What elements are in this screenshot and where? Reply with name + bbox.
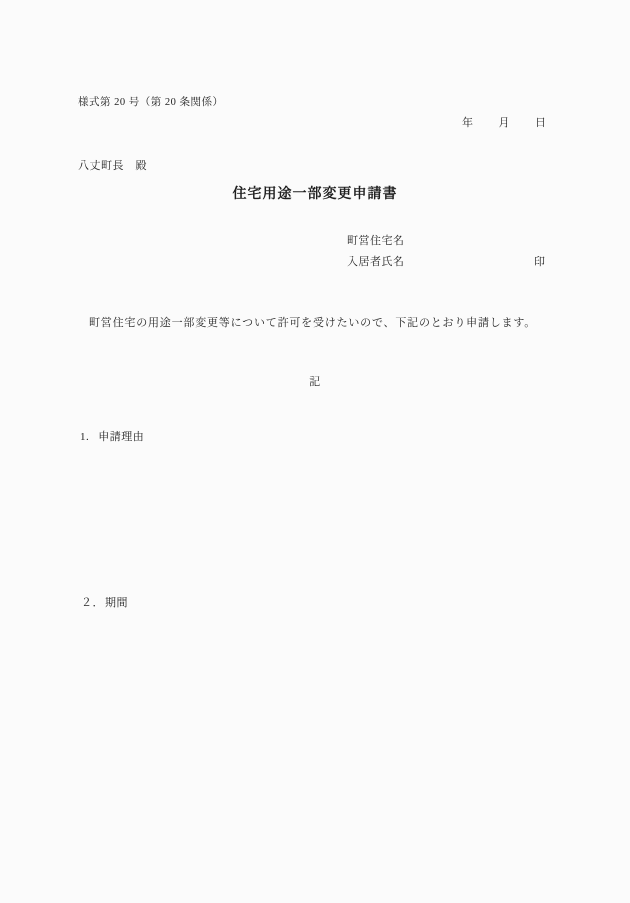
item-period: ２． 期間 (81, 596, 128, 610)
item-label: 申請理由 (98, 430, 144, 444)
date-year-label: 年 (462, 116, 474, 130)
resident-name-label: 入居者氏名 (347, 255, 405, 269)
item-number: ２． (81, 596, 104, 610)
application-form-page: 様式第 20 号（第 20 条関係） 年 月 日 八丈町長 殿 住宅用途一部変更… (0, 0, 630, 903)
item-number: 1. (80, 430, 89, 444)
record-marker: 記 (0, 375, 630, 389)
document-title: 住宅用途一部変更申請書 (0, 186, 630, 203)
date-line: 年 月 日 (462, 116, 547, 130)
housing-name-label: 町営住宅名 (347, 234, 405, 248)
date-month-label: 月 (499, 116, 511, 130)
item-application-reason: 1. 申請理由 (80, 430, 144, 444)
form-number: 様式第 20 号（第 20 条関係） (78, 96, 224, 110)
addressee: 八丈町長 殿 (78, 159, 147, 173)
application-statement: 町営住宅の用途一部変更等について許可を受けたいので、下記のとおり申請します。 (78, 316, 536, 330)
date-day-label: 日 (535, 116, 547, 130)
item-label: 期間 (105, 596, 128, 610)
seal-label: 印 (534, 255, 546, 269)
